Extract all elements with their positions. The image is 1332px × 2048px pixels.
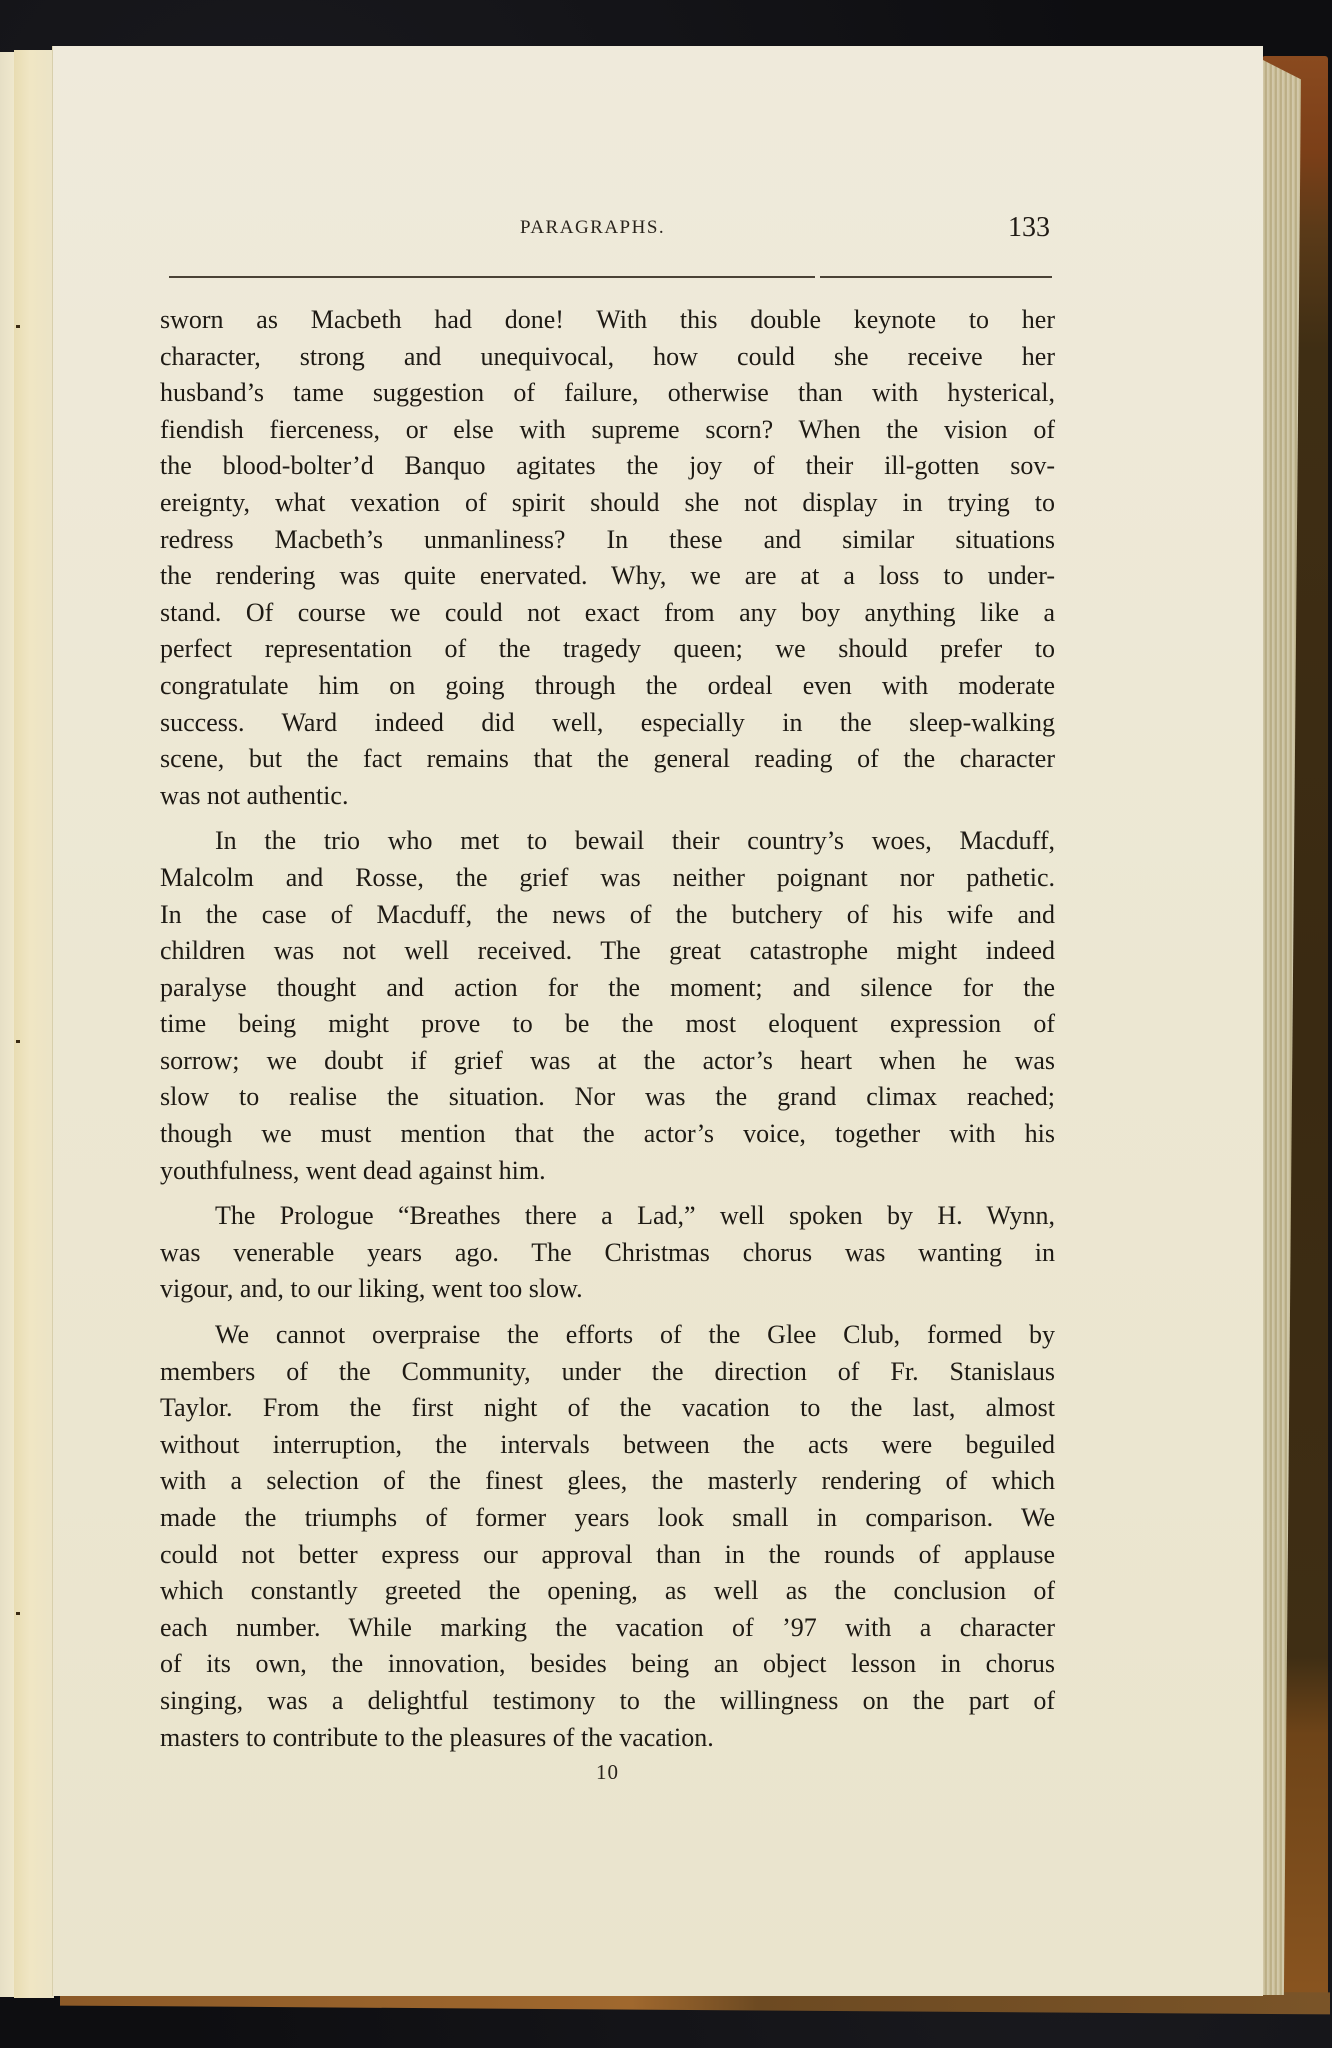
text-line: In the case of Macduff, the news of the … xyxy=(160,897,1055,934)
text-line: which constantly greeted the opening, as… xyxy=(160,1573,1055,1610)
text-line: of its own, the innovation, besides bein… xyxy=(160,1646,1055,1683)
text-line: time being might prove to be the most el… xyxy=(160,1006,1055,1043)
text-line: without interruption, the intervals betw… xyxy=(160,1427,1055,1464)
paragraph-gap xyxy=(160,1308,1055,1317)
signature-mark: 10 xyxy=(596,1760,619,1785)
text-line: sworn as Macbeth had done! With this dou… xyxy=(160,302,1055,339)
text-line: We cannot overpraise the efforts of the … xyxy=(160,1317,1055,1354)
text-line: Taylor. From the first night of the vaca… xyxy=(160,1390,1055,1427)
text-line: success. Ward indeed did well, especiall… xyxy=(160,705,1055,742)
text-line: congratulate him on going through the or… xyxy=(160,668,1055,705)
text-line: paralyse thought and action for the mome… xyxy=(160,970,1055,1007)
binding-thread-mark xyxy=(16,1612,20,1615)
header-rule xyxy=(820,276,1052,278)
paragraph: The Prologue “Breathes there a Lad,” wel… xyxy=(160,1198,1055,1308)
text-line: Malcolm and Rosse, the grief was neither… xyxy=(160,860,1055,897)
text-line: the blood-bolter’d Banquo agitates the j… xyxy=(160,448,1055,485)
text-line: husband’s tame suggestion of failure, ot… xyxy=(160,375,1055,412)
text-line: members of the Community, under the dire… xyxy=(160,1354,1055,1391)
text-line: with a selection of the finest glees, th… xyxy=(160,1463,1055,1500)
text-line: sorrow; we doubt if grief was at the act… xyxy=(160,1043,1055,1080)
paragraph: In the trio who met to bewail their coun… xyxy=(160,823,1055,1189)
running-title: PARAGRAPHS. xyxy=(520,217,665,239)
text-line: perfect representation of the tragedy qu… xyxy=(160,631,1055,668)
text-line: masters to contribute to the pleasures o… xyxy=(160,1720,1055,1757)
text-line: children was not well received. The grea… xyxy=(160,933,1055,970)
text-line: ereignty, what vexation of spirit should… xyxy=(160,485,1055,522)
page-gutter xyxy=(14,50,54,1998)
binding-thread-mark xyxy=(16,325,20,328)
text-line: youthfulness, went dead against him. xyxy=(160,1153,1055,1190)
body-text: sworn as Macbeth had done! With this dou… xyxy=(160,302,1055,1756)
paragraph: We cannot overpraise the efforts of the … xyxy=(160,1317,1055,1756)
facing-page-edge xyxy=(0,52,15,1997)
text-line: the rendering was quite enervated. Why, … xyxy=(160,558,1055,595)
text-line: could not better express our approval th… xyxy=(160,1537,1055,1574)
text-line: character, strong and unequivocal, how c… xyxy=(160,339,1055,376)
text-line: was not authentic. xyxy=(160,778,1055,815)
paragraph: sworn as Macbeth had done! With this dou… xyxy=(160,302,1055,814)
text-line: scene, but the fact remains that the gen… xyxy=(160,741,1055,778)
binding-thread-mark xyxy=(16,1040,20,1043)
header-rule xyxy=(169,276,815,278)
paragraph-gap xyxy=(160,1189,1055,1198)
text-line: redress Macbeth’s unmanliness? In these … xyxy=(160,522,1055,559)
text-line: each number. While marking the vacation … xyxy=(160,1610,1055,1647)
text-line: singing, was a delightful testimony to t… xyxy=(160,1683,1055,1720)
page-number: 133 xyxy=(1008,212,1050,244)
text-line: made the triumphs of former years look s… xyxy=(160,1500,1055,1537)
text-line: vigour, and, to our liking, went too slo… xyxy=(160,1271,1055,1308)
text-line: slow to realise the situation. Nor was t… xyxy=(160,1079,1055,1116)
text-line: In the trio who met to bewail their coun… xyxy=(160,823,1055,860)
paragraph-gap xyxy=(160,814,1055,823)
text-line: was venerable years ago. The Christmas c… xyxy=(160,1235,1055,1272)
text-line: stand. Of course we could not exact from… xyxy=(160,595,1055,632)
text-line: fiendish fierceness, or else with suprem… xyxy=(160,412,1055,449)
text-line: The Prologue “Breathes there a Lad,” wel… xyxy=(160,1198,1055,1235)
text-line: though we must mention that the actor’s … xyxy=(160,1116,1055,1153)
